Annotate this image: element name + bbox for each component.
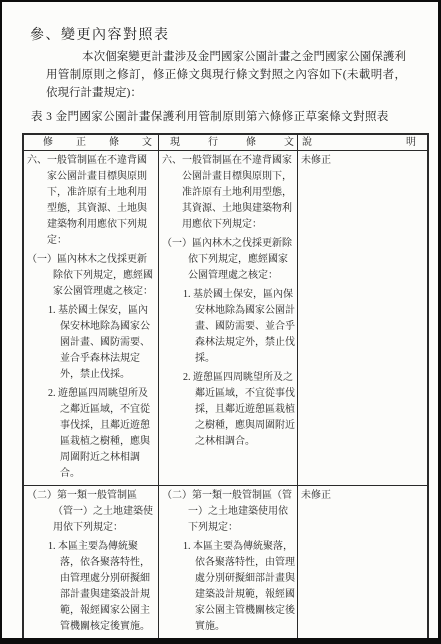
clause-paragraph: 1. 本區主要為傳統聚落，依各聚落特性，由管理處分別研擬細部計畫與建築設計規範，…: [48, 539, 156, 635]
clause-paragraph: 六、一般管制區在不違背國家公園計畫目標與原則下，准許原有土地利用型態，其資源、土…: [27, 153, 156, 249]
column-header-amended: 修正條文: [24, 135, 159, 151]
column-header-current-label: 現行條文: [159, 135, 297, 150]
scanned-page: 參、變更內容對照表 本次個案變更計畫涉及金門國家公園計畫之金門國家公園保護利用管…: [0, 0, 441, 644]
clause-paragraph: 1. 本區主要為傳統聚落，依各聚落特性，由管理處分別研擬細部計畫與建築設計規範，…: [183, 539, 295, 635]
section-heading: 參、變更內容對照表: [30, 24, 170, 44]
clause-paragraph: 六、一般管制區在不違背國家公園計畫目標與原則下，准許原有土地利用型態，其資源、土…: [162, 153, 295, 233]
column-header-amended-label: 修正條文: [24, 135, 158, 150]
cell-remarks: 未修正: [298, 151, 428, 486]
intro-paragraph: 本次個案變更計畫涉及金門國家公園計畫之金門國家公園保護利用管制原則之修訂，修正條…: [46, 48, 406, 102]
column-header-remarks: 說明: [298, 135, 428, 151]
cell-amended: 六、一般管制區在不違背國家公園計畫目標與原則下，准許原有土地利用型態，其資源、土…: [24, 151, 159, 486]
table-row: 六、一般管制區在不違背國家公園計畫目標與原則下，准許原有土地利用型態，其資源、土…: [24, 151, 428, 486]
clause-paragraph: （二）第一類一般管制區（管一）之土地建築使用依下列規定：: [27, 488, 156, 536]
table-row: （二）第一類一般管制區（管一）之土地建築使用依下列規定： 1. 本區主要為傳統聚…: [24, 486, 428, 639]
table-caption: 表 3 金門國家公園計畫保護利用管制原則第六條修正草案條文對照表: [31, 108, 389, 124]
clause-paragraph: （一）區內林木之伐採更新除依下列規定，應經國家公園管理處之核定：: [162, 236, 295, 284]
column-header-current: 現行條文: [159, 135, 298, 151]
cell-current: （二）第一類一般管制區（管一）之土地建築使用依下列規定： 1. 本區主要為傳統聚…: [159, 486, 298, 639]
clause-paragraph: 2. 遊憩區四周眺望所及之鄰近區域，不宜從事伐採，且鄰近遊憩區栽植之樹種，應與周…: [183, 370, 295, 450]
clause-paragraph: 2. 遊憩區四周眺望所及之鄰近區域，不宜從事伐採，且鄰近遊憩區栽植之樹種，應與周…: [48, 386, 156, 482]
column-header-remarks-label: 說明: [298, 135, 427, 150]
remark-text: 未修正: [301, 488, 425, 504]
cell-remarks: 未修正: [298, 486, 428, 639]
clause-paragraph: 1. 基於國土保安，區內保安林地除為國家公園計畫、國防需要、並合乎森林法規定外，…: [48, 303, 156, 383]
clause-paragraph: 1. 基於國土保安，區內保安林地除為國家公園計畫、國防需要、並合乎森林法規定外，…: [183, 287, 295, 367]
clause-paragraph: （二）第一類一般管制區（管一）之土地建築使用依下列規定：: [162, 488, 295, 536]
comparison-table: 修正條文 現行條文 說明 六、一般管制區在不違背國家公園計畫目標與原則下，准許原…: [23, 134, 428, 639]
table-header-row: 修正條文 現行條文 說明: [24, 135, 428, 151]
cell-amended: （二）第一類一般管制區（管一）之土地建築使用依下列規定： 1. 本區主要為傳統聚…: [24, 486, 159, 639]
clause-paragraph: （一）區內林木之伐採更新除依下列規定，應經國家公園管理處之核定：: [27, 252, 156, 300]
cell-current: 六、一般管制區在不違背國家公園計畫目標與原則下，准許原有土地利用型態，其資源、土…: [159, 151, 298, 486]
remark-text: 未修正: [301, 153, 425, 169]
